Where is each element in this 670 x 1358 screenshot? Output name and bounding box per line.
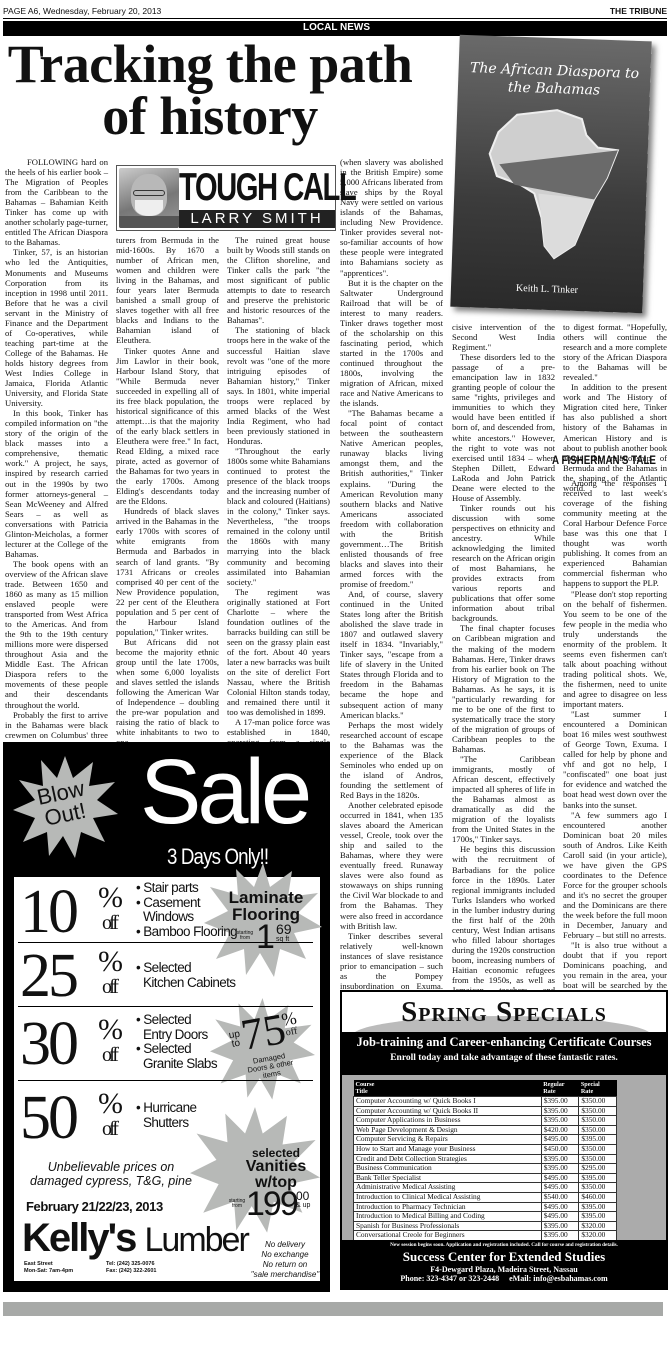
course-regular: $395.00 [541,1164,579,1174]
percent-sign: % [98,947,120,977]
article-column-2: turers from Bermuda in the mid-1600s. By… [116,235,219,740]
course-title: Computer Accounting w/ Quick Books I [354,1097,542,1107]
discount-items: • Selected Entry Doors• Selected Granite… [136,1013,217,1071]
paragraph: In this book, Tinker has compiled inform… [5,408,108,559]
table-row: Computer Applications in Business$395.00… [354,1116,617,1126]
damaged-doors-offer: up to 75 % off Damaged Doors & other ite… [227,1009,307,1084]
masthead: PAGE A6, Wednesday, February 20, 2013 TH… [3,4,667,18]
center-address: F4-Dewgard Plaza, Madeira Street, Nassau [342,1265,666,1274]
spring-tagline: Enroll today and take advantage of these… [342,1053,666,1063]
paragraph: cisive intervention of the Second West I… [452,322,555,352]
course-regular: $395.00 [541,1097,579,1107]
paragraph: But it is the chapter on the Saltwater U… [340,278,443,409]
off-label: off [102,1119,116,1139]
course-table: CourseTitle RegularRate SpecialRate Comp… [353,1080,617,1241]
page-info: PAGE A6, Wednesday, February 20, 2013 [3,6,161,16]
off-label: off [102,1045,116,1065]
percent-sign: % [98,1015,120,1045]
course-title: Introduction to Clinical Medical Assisti… [354,1192,542,1202]
paragraph: "Please don't stop reporting on the beha… [563,589,667,710]
paragraph: Tinker rounds out his discussion with so… [452,503,555,624]
masthead-rule [3,18,667,19]
spring-header: Spring Specials [342,992,666,1032]
table-row: Administrative Medical Assisting$495.00$… [354,1183,617,1193]
paragraph: "Last summer I encountered a Dominican b… [563,709,667,809]
course-special: $320.00 [579,1231,617,1241]
paragraph: The stationing of black troops here in t… [227,325,330,446]
course-special: $295.00 [579,1164,617,1174]
course-regular: $395.00 [541,1116,579,1126]
course-title: Introduction to Medical Billing and Codi… [354,1212,542,1222]
percent-sign: % [98,1089,120,1119]
off-label: off [102,913,116,933]
paragraph: And, of course, slavery continued in the… [340,589,443,720]
paragraph: Hundreds of black slaves arrived in the … [116,506,219,637]
ad-body: 10%off • Stair parts• Casement Windows• … [14,877,320,1281]
course-regular: $495.00 [541,1212,579,1222]
discount-items: • Hurricane Shutters [136,1101,196,1130]
paragraph: These disorders led to the passage of a … [452,352,555,503]
off-label: off [102,977,116,997]
paragraph: FOLLOWING hard on the heels of his earli… [5,157,108,247]
article-column-5: cisive intervention of the Second West I… [452,322,555,987]
discount-value: 30 [20,1010,76,1078]
vanities-offer: selected Vanities w/top starting from 19… [232,1147,320,1225]
paragraph: In addition to the present work and The … [563,382,667,493]
paragraph: The regiment was originally stationed at… [227,587,330,718]
store-phone: Tel: (242) 325-0076Fax: (242) 322-2601 [106,1261,156,1274]
paragraph: Among the responses I received to last w… [563,478,667,589]
book-title: The African Diaspora to the Bahamas [458,59,651,102]
discount-items: • Selected Kitchen Cabinets [136,961,235,990]
spring-title: Spring Specials [342,996,666,1029]
course-special: $350.00 [579,1116,617,1126]
africa-map-icon [482,104,627,269]
spring-specials-ad: Spring Specials Job-training and Career-… [340,990,668,1290]
sale-heading: Sale [140,742,308,842]
table-row: Conversational Creole for Beginners$395.… [354,1231,617,1241]
paragraph: Tinker quotes Anne and Jim Lawlor in the… [116,346,219,507]
course-special: $350.00 [579,1183,617,1193]
table-row: Introduction to Medical Billing and Codi… [354,1212,617,1222]
paragraph: to digest format. "Hopefully, others wil… [563,322,667,382]
column-logo: TOUGH CALL LARRY SMITH [116,165,336,231]
column-title: TOUGH CALL [179,168,296,208]
discount-value: 50 [20,1084,76,1152]
article-column-4: (when slavery was abolished in the Briti… [340,157,443,985]
course-title: Business Communication [354,1164,542,1174]
columnist-photo [119,168,179,228]
paragraph: "The Bahamas became a focal point of con… [340,408,443,589]
discount-value: 25 [20,942,76,1010]
section-label: LOCAL NEWS [303,22,370,33]
paragraph: But Africans did not become the majority… [116,637,219,748]
paragraph: "A few summers ago I encountered another… [563,810,667,941]
article-column-6b: Among the responses I received to last w… [563,478,667,985]
spring-footer: New session begins soon. Application and… [342,1240,666,1290]
newspaper-name: THE TRIBUNE [610,6,667,16]
course-title: How to Start and Manage your Business [354,1144,542,1154]
course-special: $460.00 [579,1192,617,1202]
paragraph: "Throughout the early 1800s some white B… [227,446,330,587]
laminate-offer: Laminate Flooring starting from 1 69 sq … [226,889,306,957]
paragraph: (when slavery was abolished in the Briti… [340,157,443,278]
percent-sign: % [98,883,120,913]
table-row: Introduction to Clinical Medical Assisti… [354,1192,617,1202]
discount-items: • Stair parts• Casement Windows• Bamboo … [136,881,237,939]
damaged-lumber-note: Unbelievable prices on damaged cypress, … [26,1160,196,1188]
course-regular: $395.00 [541,1231,579,1241]
course-title: Administrative Medical Assisting [354,1183,542,1193]
center-name: Success Center for Extended Studies [342,1249,666,1265]
course-title: Computer Applications in Business [354,1116,542,1126]
course-special: $350.00 [579,1144,617,1154]
table-row: Computer Accounting w/ Quick Books I$395… [354,1097,617,1107]
course-special: $350.00 [579,1097,617,1107]
article-column-6: to digest format. "Hopefully, others wil… [563,322,667,452]
paragraph: "The Caribbean immigrants, mostly of Afr… [452,754,555,844]
course-regular: $540.00 [541,1192,579,1202]
book-cover-image: The African Diaspora to the Bahamas Keit… [450,35,651,314]
paragraph: The book opens with an overview of the A… [5,559,108,710]
book-author: Keith L. Tinker [451,281,643,299]
discount-value: 10 [20,878,76,946]
store-address: East StreetMon-Sat: 7am-4pm [24,1261,73,1274]
course-regular: $495.00 [541,1183,579,1193]
discount-row-50: 50%off • Hurricane Shutters [18,1081,313,1151]
table-row: Business Communication$395.00$295.00 [354,1164,617,1174]
table-row: How to Start and Manage your Business$45… [354,1144,617,1154]
kellys-lumber-logo: Kelly's Lumber [22,1215,248,1263]
session-note: New session begins soon. Application and… [342,1242,666,1248]
bottom-band [3,1302,663,1316]
paragraph: Perhaps the most widely researched accou… [340,720,443,800]
paragraph: Another celebrated episode occurred in 1… [340,800,443,931]
course-regular: $450.00 [541,1144,579,1154]
paragraph: The final chapter focuses on Caribbean m… [452,623,555,754]
columnist-byline: LARRY SMITH [179,210,335,228]
kellys-lumber-ad: Blow Out! Sale 3 Days Only!! 10%off • St… [3,742,330,1292]
article-column-1: FOLLOWING hard on the heels of his earli… [5,157,108,742]
headline: Tracking the path of history [0,38,420,142]
paragraph: Tinker, 57, is an historian who led the … [5,247,108,408]
sale-policy: No deliveryNo exchangeNo return on"sale … [239,1240,331,1280]
blowout-burst: Blow Out! [13,756,118,861]
paragraph: turers from Bermuda in the mid-1600s. By… [116,235,219,346]
sale-dates: February 21/22/23, 2013 [26,1199,163,1214]
spring-subtitle: Job-training and Career-enhancing Certif… [342,1035,666,1050]
paragraph: The ruined great house built by Woods st… [227,235,330,325]
spring-subtitle-band: Job-training and Career-enhancing Certif… [342,1032,666,1075]
center-contact: Phone: 323-4347 or 323-2448 eMail: info@… [342,1274,666,1283]
subhead-fishermans-tale: A FISHERMAN'S TALE [550,455,659,467]
course-special: $395.00 [579,1212,617,1222]
article-column-3: The ruined great house built by Woods st… [227,235,330,740]
course-title: Conversational Creole for Beginners [354,1231,542,1241]
